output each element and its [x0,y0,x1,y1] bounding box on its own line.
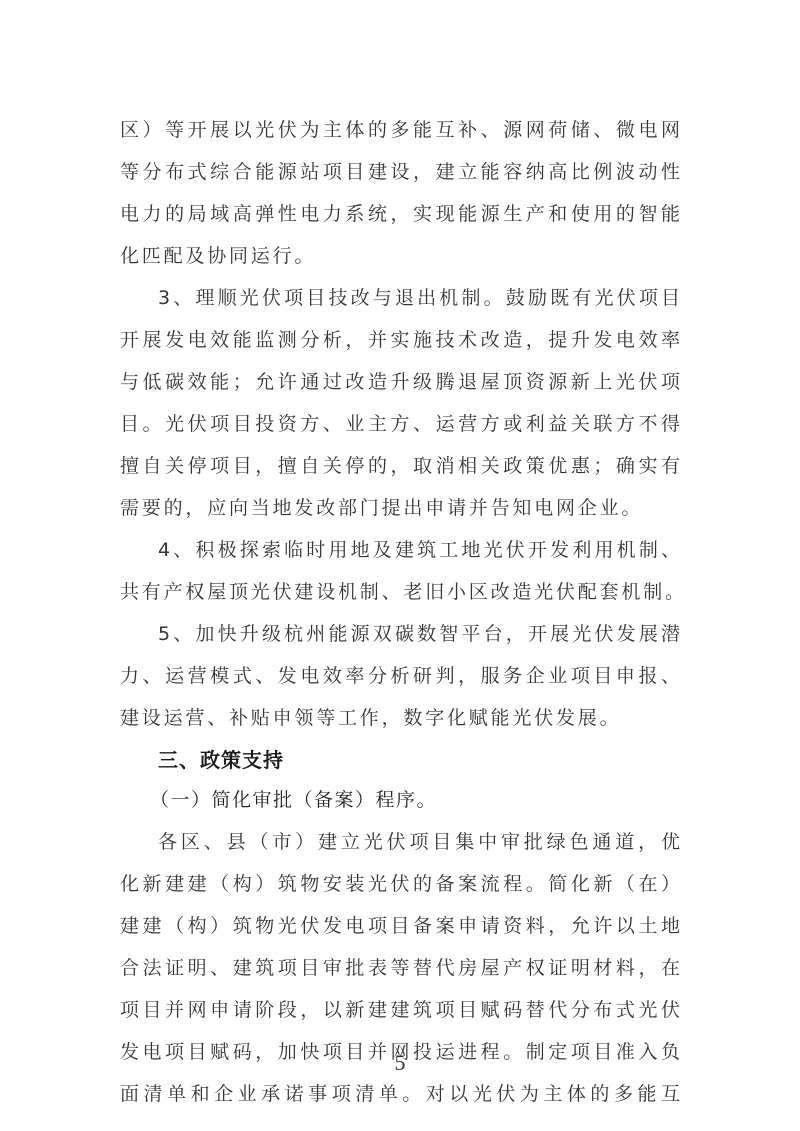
item-3-line: 与低碳效能；允许通过改造升级腾退屋顶资源新上光伏项 [120,364,680,400]
paragraph-continuation-line: 区）等开展以光伏为主体的多能互补、源网荷储、微电网 [120,112,680,148]
section-heading: 三、政策支持 [158,742,284,778]
policy-paragraph-line: 合法证明、建筑项目审批表等替代房屋产权证明材料，在 [120,950,680,986]
item-5-line: 力、运营模式、发电效率分析研判，服务企业项目申报、 [120,658,680,694]
item-5-first-line: 5、加快升级杭州能源双碳数智平台，开展光伏发展潜 [120,616,680,652]
policy-paragraph-line: 面清单和企业承诺事项清单。对以光伏为主体的多能互 [120,1076,680,1112]
item-3-line: 擅自关停项目，擅自关停的，取消相关政策优惠；确实有 [120,448,680,484]
policy-paragraph-first-line: 各区、县（市）建立光伏项目集中审批绿色通道，优 [120,824,680,860]
page-number: 5 [0,1050,800,1076]
item-5-line: 建设运营、补贴申领等工作，数字化赋能光伏发展。 [120,700,621,736]
paragraph-continuation-line: 电力的局域高弹性电力系统，实现能源生产和使用的智能 [120,196,680,232]
item-4-line: 共有产权屋顶光伏建设机制、老旧小区改造光伏配套机制。 [120,574,687,610]
paragraph-continuation-line: 等分布式综合能源站项目建设，建立能容纳高比例波动性 [120,154,680,190]
item-3-line: 目。光伏项目投资方、业主方、运营方或利益关联方不得 [120,406,680,442]
policy-paragraph-line: 项目并网申请阶段，以新建建筑项目赋码替代分布式光伏 [120,992,680,1028]
policy-paragraph-line: 建建（构）筑物光伏发电项目备案申请资料，允许以土地 [120,908,680,944]
item-4-first-line: 4、积极探索临时用地及建筑工地光伏开发利用机制、 [120,532,680,568]
policy-paragraph-line: 化新建建（构）筑物安装光伏的备案流程。简化新（在） [120,866,680,902]
item-3-line: 开展发电效能监测分析，并实施技术改造，提升发电效率 [120,322,680,358]
subsection-heading: （一）简化审批（备案）程序。 [150,782,437,818]
paragraph-continuation-line: 化匹配及协同运行。 [120,238,316,274]
item-3-line: 需要的，应向当地发改部门提出申请并告知电网企业。 [120,490,643,526]
item-3-first-line: 3、理顺光伏项目技改与退出机制。鼓励既有光伏项目 [120,280,680,316]
